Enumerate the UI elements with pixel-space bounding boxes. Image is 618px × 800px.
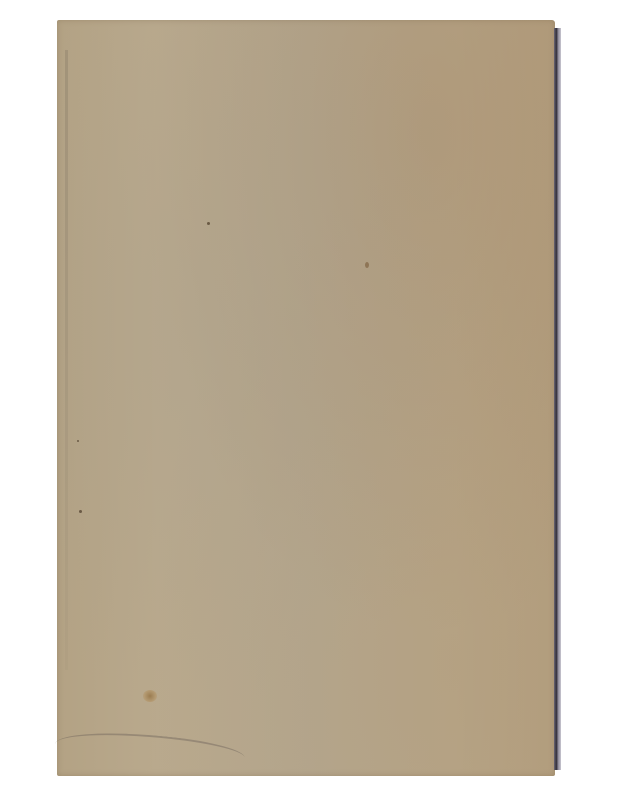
cover-speck bbox=[79, 510, 82, 513]
cover-crease bbox=[54, 725, 246, 777]
book-spine-edge bbox=[554, 28, 561, 770]
cover-speck bbox=[77, 440, 79, 442]
cover-hinge-shadow bbox=[65, 50, 68, 670]
cover-speck bbox=[365, 262, 369, 268]
cover-speck bbox=[207, 222, 210, 225]
cover-stain bbox=[143, 690, 157, 702]
book-cover bbox=[57, 20, 555, 776]
book bbox=[57, 20, 563, 776]
